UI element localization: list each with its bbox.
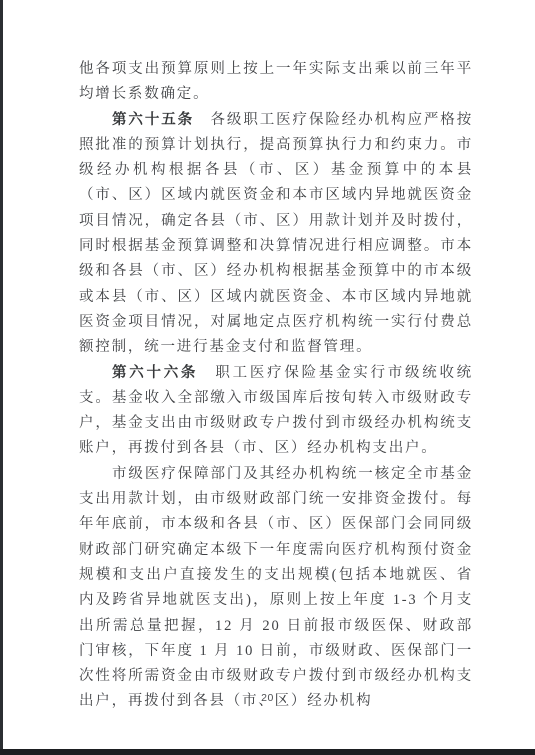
paragraph: 第六十五条 各级职工医疗保险经办机构应严格按照批准的预算计划执行，提高预算执行力… — [79, 108, 473, 361]
article-number: 第六十六条 — [112, 365, 198, 381]
paragraph-text: 他各项支出预算原则上按上一年实际支出乘以前三年平均增长系数确定。 — [79, 61, 473, 102]
document-page: 他各项支出预算原则上按上一年实际支出乘以前三年平均增长系数确定。第六十五条 各级… — [0, 0, 535, 755]
article-number: 第六十五条 — [112, 112, 194, 128]
paragraph: 他各项支出预算原则上按上一年实际支出乘以前三年平均增长系数确定。 — [79, 57, 473, 108]
paragraph-text: 各级职工医疗保险经办机构应严格按照批准的预算计划执行，提高预算执行力和约束力。市… — [79, 112, 473, 356]
paragraph-text: 市级医疗保障部门及其经办机构统一核定全市基金支出用款计划，由市级财政部门统一安排… — [79, 466, 473, 710]
paragraph: 市级医疗保障部门及其经办机构统一核定全市基金支出用款计划，由市级财政部门统一安排… — [79, 462, 473, 715]
page-number: 20 — [0, 692, 535, 704]
paragraph: 第六十六条 职工医疗保险基金实行市级统收统支。基金收入全部缴入市级国库后按旬转入… — [79, 361, 473, 462]
document-body: 他各项支出预算原则上按上一年实际支出乘以前三年平均增长系数确定。第六十五条 各级… — [79, 57, 473, 715]
scan-edge-bottom — [0, 749, 535, 755]
scan-edge-left — [0, 0, 3, 755]
